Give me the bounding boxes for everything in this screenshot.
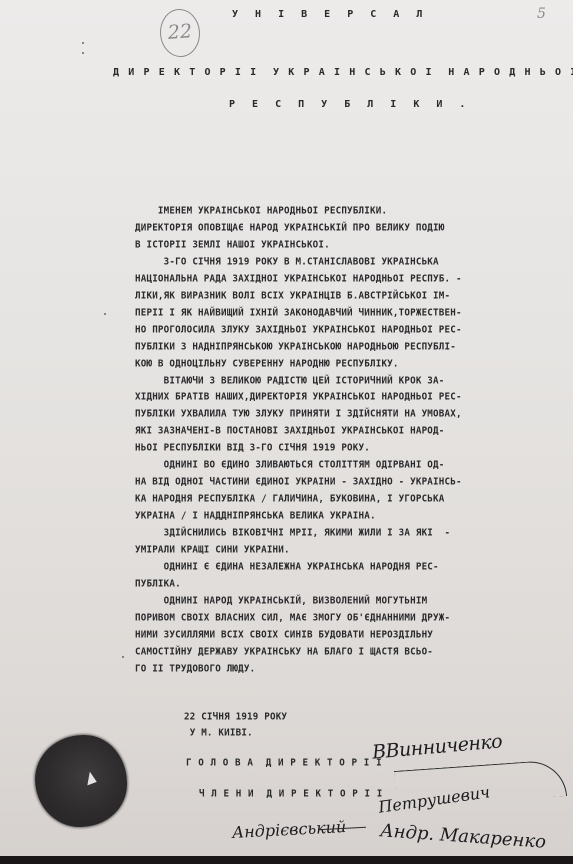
document-text-line: ЯКІ ЗАЗНАЧЕНІ-В ПОСТАНОВІ ЗАХІДНЬОІ УКРА…	[135, 425, 445, 437]
document-text-line: ПОРИВОМ СВОІХ ВЛАСНИХ СИЛ, МАЄ ЗМОГУ ОБ'…	[135, 612, 450, 624]
place-line: У М. КИІВІ.	[184, 727, 253, 739]
document-text-line: ОДНИНІ НАРОД УКРАІНСЬКІЙ, ВИЗВОЛЕНИЙ МОГ…	[135, 595, 427, 607]
date-line: 22 СІЧНЯ 1919 РОКУ	[184, 711, 287, 723]
document-text-line: НЬОІ РЕСПУБЛІКИ ВІД 3-ГО СІЧНЯ 1919 РОКУ…	[135, 442, 370, 454]
document-text-line: ІМЕНЕМ УКРАІНСЬКОІ НАРОДНЬОІ РЕСПУБЛІКИ.	[135, 205, 387, 217]
signature-makarenko: Андр. Макаренко	[379, 820, 546, 853]
document-text-line: ГО ІІ ТРУДОВОГО ЛЮДУ.	[135, 663, 255, 675]
title-republic: Р Е С П У Б Л І К И .	[229, 99, 471, 110]
document-text-line: КОЮ В ОДНОЦІЛЬНУ СУВЕРЕННУ НАРОДНЮ РЕСПУ…	[135, 358, 399, 370]
document-text-line: САМОСТІЙНУ ДЕРЖАВУ УКРАІНСЬКУ НА БЛАГО І…	[135, 646, 433, 658]
document-text-line: ПУБЛІКИ УХВАЛИЛА ТУЮ ЗЛУКУ ПРИНЯТИ І ЗДІ…	[135, 408, 462, 420]
margin-speck	[122, 656, 124, 658]
document-text-line: В ІСТОРІІ ЗЕМЛІ НАШОІ УКРАІНСЬКОІ.	[135, 239, 330, 251]
document-text-line: ОДНИНІ Є ЄДИНА НЕЗАЛЕЖНА УКРАІНСЬКА НАРО…	[135, 561, 439, 573]
document-text-line: НА ВІД ОДНОІ ЧАСТИНИ ЄДИНОІ УКРАІНИ - ЗА…	[135, 476, 462, 488]
signature-vynnychenko: ВВинниченко	[371, 730, 503, 763]
archive-number-stamp: 22	[158, 8, 201, 59]
margin-speck	[82, 42, 84, 44]
document-text-line: УКРАІНА / І НАДДНІПРЯНСЬКА ВЕЛИКА УКРАІН…	[135, 510, 376, 522]
document-text-line: УМІРАЛИ КРАЩІ СИНИ УКРАІНИ.	[135, 544, 290, 556]
document-text-line: ОДНИНІ ВО ЄДИНО ЗЛИВАЮТЬСЯ СТОЛІТТЯМ ОДІ…	[135, 459, 445, 471]
document-text-line: НАЦІОНАЛЬНА РАДА ЗАХІДНОІ УКРАІНСЬКОІ НА…	[135, 273, 462, 285]
document-text-line: 3-ГО СІЧНЯ 1919 РОКУ В М.СТАНІСЛАВОВІ УК…	[135, 256, 439, 268]
document-text-line: ПУБЛІКА.	[135, 578, 181, 590]
document-text-line: ПУБЛІКИ З НАДНІПРЯНСЬКОЮ УКРАІНСЬКОЮ НАР…	[135, 341, 456, 353]
document-page: 22 5 У Н І В Е Р С А Л Д И Р Е К Т О Р І…	[0, 0, 573, 856]
head-of-directory-label: Г О Л О В А Д И Р Е К Т О Р І І	[186, 757, 382, 769]
wax-seal	[35, 735, 127, 827]
seal-hole	[83, 771, 97, 786]
document-text-line: ДИРЕКТОРІЯ ОПОВІЩАЄ НАРОД УКРАІНСЬКІЙ ПР…	[135, 222, 445, 234]
page-number-mark: 5	[537, 6, 546, 22]
document-text-line: ХІДНИХ БРАТІВ НАШИХ,ДИРЕКТОРІЯ УКРАІНСЬК…	[135, 391, 462, 403]
document-text-line: НИМИ ЗУСИЛЛЯМИ ВСІХ СВОІХ СИНІВ БУДОВАТИ…	[135, 629, 433, 641]
document-text-line: ПЕРІІ І ЯК НАЙВИЩИЙ ІХНІЙ ЗАКОНОДАВЧИЙ Ч…	[135, 307, 462, 319]
document-text-line: ЛІКИ,ЯК ВИРАЗНИК ВОЛІ ВСІХ УКРАІНЦІВ Б.А…	[135, 290, 450, 302]
title-universal: У Н І В Е Р С А Л	[232, 9, 428, 20]
document-text-line: КА НАРОДНЯ РЕСПУБЛІКА / ГАЛИЧИНА, БУКОВИ…	[135, 493, 445, 505]
title-directory: Д И Р Е К Т О Р І І У К Р А І Н С Ь К О …	[113, 67, 573, 78]
document-text-line: ЗДІЙСНИЛИСЬ ВІКОВІЧНІ МРІІ, ЯКИМИ ЖИЛИ І…	[135, 527, 450, 539]
page-bottom-edge	[0, 856, 573, 864]
members-of-directory-label: Ч Л Е Н И Д И Р Е К Т О Р І І	[199, 788, 383, 800]
margin-speck	[82, 52, 84, 54]
document-text-line: НО ПРОГОЛОСИЛА ЗЛУКУ ЗАХІДНЬОІ УКРАІНСЬК…	[135, 324, 462, 336]
margin-speck	[104, 313, 106, 315]
document-text-line: ВІТАЮЧИ З ВЕЛИКОЮ РАДІСТЮ ЦЕЙ ІСТОРИЧНИЙ…	[135, 375, 445, 387]
